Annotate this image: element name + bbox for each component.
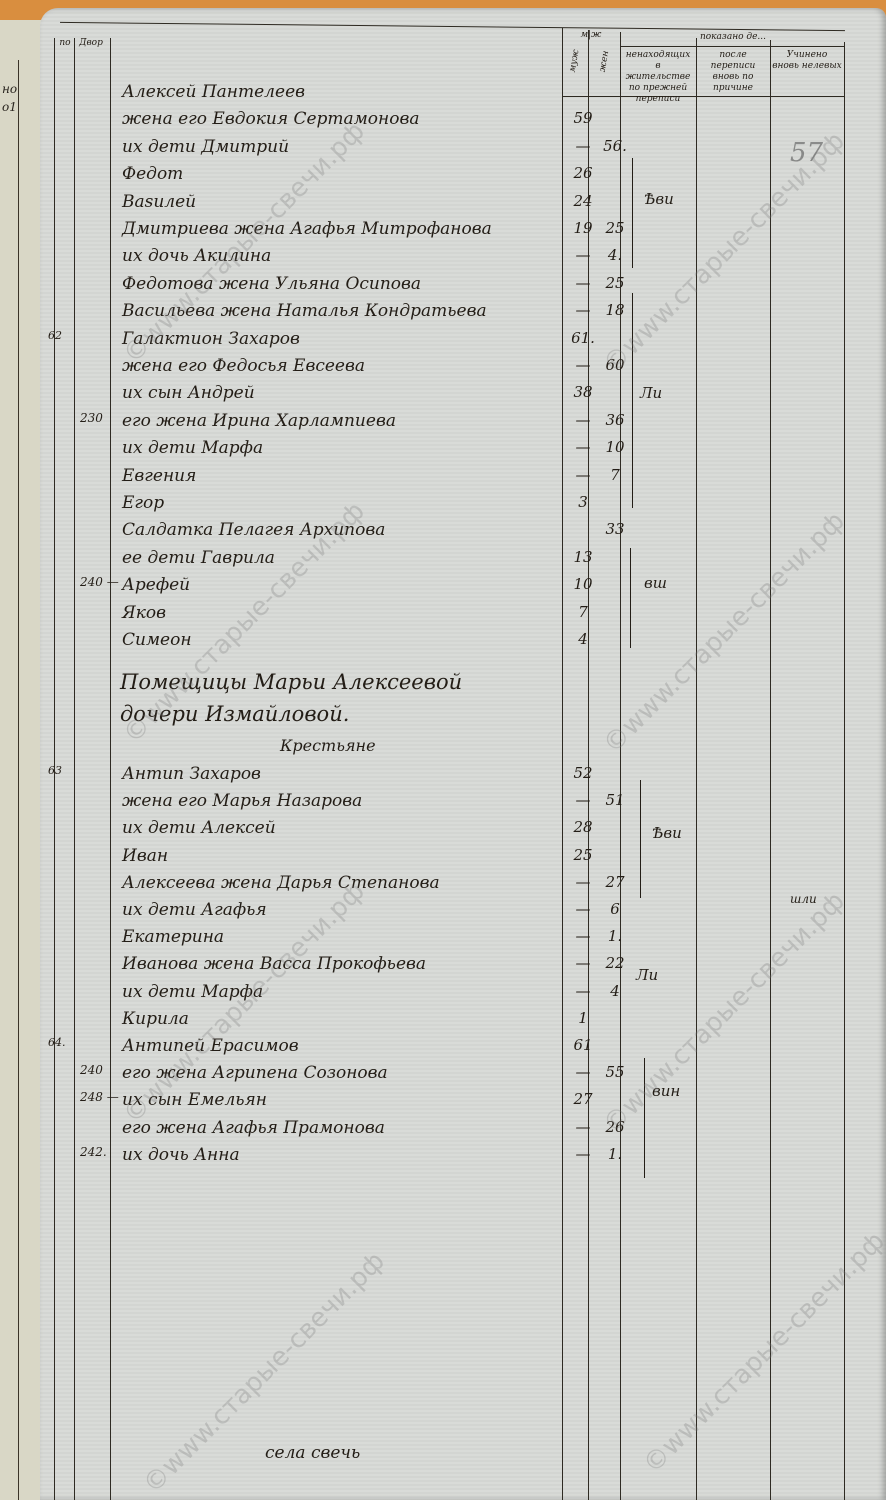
- ledger-row: их дочь Акилина—4.: [40, 246, 886, 270]
- female-age: 6: [602, 900, 628, 918]
- male-age: 52: [568, 764, 598, 782]
- male-age: —: [568, 356, 598, 374]
- margin-note-right: шли: [790, 892, 817, 906]
- male-age: —: [568, 791, 598, 809]
- row-ref-number-2: 230: [80, 411, 103, 425]
- male-age: —: [568, 1063, 598, 1081]
- male-age: 61: [568, 1036, 598, 1054]
- male-age: 59: [568, 109, 598, 127]
- ledger-row: их дети Алексей28: [40, 818, 886, 842]
- left-page-rule: [18, 60, 19, 1500]
- ledger-row: 62Галактион Захаров61.: [40, 329, 886, 353]
- header-mf: м|ж: [562, 30, 620, 41]
- header-no: по: [56, 38, 74, 49]
- ledger-row: Васильева жена Наталья Кондратьева—18: [40, 301, 886, 325]
- person-name: Алексеева жена Дарья Степанова: [122, 873, 440, 893]
- male-age: —: [568, 137, 598, 155]
- female-age: 36: [602, 411, 628, 429]
- row-ref-number-2: 240: [80, 1063, 103, 1077]
- ledger-row: их дети Дмитрий—56.: [40, 137, 886, 161]
- ledger-row: Федотова жена Ульяна Осипова—25: [40, 274, 886, 298]
- male-age: —: [568, 274, 598, 292]
- row-ref-number-2: 242.: [80, 1145, 107, 1159]
- ledger-row: их дети Марфа—4: [40, 982, 886, 1006]
- person-name: Арефей: [122, 575, 190, 595]
- female-age: 33: [602, 520, 628, 538]
- watermark: ©www.старые-свечи.рф: [637, 1226, 886, 1479]
- ledger-row: Алексеева жена Дарья Степанова—27: [40, 873, 886, 897]
- header-female: жен: [597, 48, 612, 76]
- section-title-line2: дочери Измайловой.: [120, 702, 349, 726]
- female-age: 26: [602, 1118, 628, 1136]
- person-name: их дочь Анна: [122, 1145, 240, 1165]
- person-name: Салдатка Пелагея Архипова: [122, 520, 385, 540]
- person-name: Федот: [122, 164, 183, 184]
- header-group-title: показано де...: [622, 32, 844, 43]
- male-age: —: [568, 982, 598, 1000]
- male-age: —: [568, 954, 598, 972]
- male-age: —: [568, 1145, 598, 1163]
- person-name: Алексей Пантелеев: [122, 82, 305, 102]
- bracket-3: [630, 548, 631, 648]
- ledger-row: их дети Агафья—6: [40, 900, 886, 924]
- row-ref-number-2: 248 —: [80, 1090, 119, 1104]
- female-age: 25: [602, 274, 628, 292]
- male-age: 26: [568, 164, 598, 182]
- bracket-label-4: Ѣви: [652, 824, 682, 842]
- row-ref-number: 62: [48, 329, 62, 342]
- person-name: жена его Евдокия Сертамонова: [122, 109, 419, 129]
- ledger-row: жена его Марья Назарова—51: [40, 791, 886, 815]
- female-age: 60: [602, 356, 628, 374]
- person-name: Галактион Захаров: [122, 329, 300, 349]
- person-name: его жена Агафья Прамонова: [122, 1118, 385, 1138]
- person-name: Антип Захаров: [122, 764, 261, 784]
- male-age: 13: [568, 548, 598, 566]
- male-age: —: [568, 246, 598, 264]
- person-name: Антипей Ерасимов: [122, 1036, 299, 1056]
- ledger-row: Екатерина—1.: [40, 927, 886, 951]
- male-age: 1: [568, 1009, 598, 1027]
- female-age: 1.: [602, 1145, 628, 1163]
- ledger-row: 248 —их сын Емельян27: [40, 1090, 886, 1114]
- person-name: их дети Марфа: [122, 982, 263, 1002]
- male-age: —: [568, 1118, 598, 1136]
- person-name: их сын Андрей: [122, 383, 255, 403]
- footer-text: села свечь: [265, 1443, 360, 1463]
- section-title-line1: Помещицы Марьи Алексеевой: [120, 670, 462, 694]
- male-age: 7: [568, 603, 598, 621]
- bracket-label-2: Ли: [640, 384, 662, 402]
- ledger-row: жена его Евдокия Сертамонова59: [40, 109, 886, 133]
- male-age: 38: [568, 383, 598, 401]
- male-age: 28: [568, 818, 598, 836]
- bracket-label-5: Ли: [636, 966, 658, 984]
- person-name: Егор: [122, 493, 164, 513]
- person-name: жена его Марья Назарова: [122, 791, 362, 811]
- person-name: его жена Агрипена Созонова: [122, 1063, 388, 1083]
- section-subtitle: Крестьяне: [280, 736, 376, 755]
- male-age: 27: [568, 1090, 598, 1108]
- ledger-row: 242.их дочь Анна—1.: [40, 1145, 886, 1169]
- person-name: их дети Марфа: [122, 438, 263, 458]
- person-name: их дети Алексей: [122, 818, 276, 838]
- male-age: 4: [568, 630, 598, 648]
- person-name: их дети Агафья: [122, 900, 267, 920]
- male-age: —: [568, 927, 598, 945]
- male-age: 61.: [568, 329, 598, 347]
- bracket-label-6: вин: [652, 1082, 680, 1100]
- header-col-c: Учинено вновь нелевых: [772, 50, 842, 72]
- ledger-row: Ваsилей24: [40, 192, 886, 216]
- header-male: муж: [568, 50, 583, 74]
- ledger-row: Яков7: [40, 603, 886, 627]
- rule-header-group: [620, 46, 844, 47]
- male-age: —: [568, 301, 598, 319]
- ledger-row: Федот26: [40, 164, 886, 188]
- male-age: —: [568, 438, 598, 456]
- person-name: Симеон: [122, 630, 192, 650]
- female-age: 51: [602, 791, 628, 809]
- male-age: 3: [568, 493, 598, 511]
- ledger-row: Егор3: [40, 493, 886, 517]
- ledger-row: 64.Антипей Ерасимов61: [40, 1036, 886, 1060]
- ledger-row: 240его жена Агрипена Созонова—55: [40, 1063, 886, 1087]
- header-dvor: Двор: [76, 38, 106, 49]
- ledger-row: его жена Агафья Прамонова—26: [40, 1118, 886, 1142]
- ledger-row: Алексей Пантелеев: [40, 82, 886, 106]
- ledger-row: Евгения—7: [40, 466, 886, 490]
- ledger-row: их сын Андрей38: [40, 383, 886, 407]
- person-name: Иванова жена Васса Прокофьева: [122, 954, 426, 974]
- person-name: Евгения: [122, 466, 196, 486]
- rule-top: [60, 22, 845, 31]
- male-age: 19: [568, 219, 598, 237]
- female-age: 22: [602, 954, 628, 972]
- bracket-6: [644, 1058, 645, 1178]
- female-age: 55: [602, 1063, 628, 1081]
- ledger-row: Иван25: [40, 846, 886, 870]
- bracket-label-3: вш: [644, 574, 667, 592]
- bracket-1: [632, 158, 633, 268]
- ledger-row: Кирила1: [40, 1009, 886, 1033]
- person-name: Дмитриева жена Агафья Митрофанова: [122, 219, 492, 239]
- row-ref-number-2: 240 —: [80, 575, 119, 589]
- female-age: 10: [602, 438, 628, 456]
- ledger-row: их дети Марфа—10: [40, 438, 886, 462]
- person-name: Федотова жена Ульяна Осипова: [122, 274, 421, 294]
- person-name: Васильева жена Наталья Кондратьева: [122, 301, 487, 321]
- person-name: Екатерина: [122, 927, 224, 947]
- ledger-row: 63Антип Захаров52: [40, 764, 886, 788]
- person-name: их дети Дмитрий: [122, 137, 289, 157]
- female-age: 4.: [602, 246, 628, 264]
- ledger-row: ее дети Гаврила13: [40, 548, 886, 572]
- male-age: —: [568, 873, 598, 891]
- male-age: —: [568, 900, 598, 918]
- male-age: 10: [568, 575, 598, 593]
- person-name: Иван: [122, 846, 168, 866]
- ledger-row: Симеон4: [40, 630, 886, 654]
- bracket-label-1: Ѣви: [644, 190, 674, 208]
- female-age: 25: [602, 219, 628, 237]
- person-name: их дочь Акилина: [122, 246, 271, 266]
- row-ref-number: 64.: [48, 1036, 66, 1049]
- row-ref-number: 63: [48, 764, 62, 777]
- person-name: Кирила: [122, 1009, 189, 1029]
- male-age: —: [568, 411, 598, 429]
- ledger-row: жена его Федосья Евсеева—60: [40, 356, 886, 380]
- male-age: 24: [568, 192, 598, 210]
- ledger-row: Салдатка Пелагея Архипова33: [40, 520, 886, 544]
- male-age: —: [568, 466, 598, 484]
- bracket-4: [640, 780, 641, 898]
- female-age: 27: [602, 873, 628, 891]
- ledger-row: Дмитриева жена Агафья Митрофанова1925: [40, 219, 886, 243]
- female-age: 4: [602, 982, 628, 1000]
- left-page-text: но о1: [2, 80, 17, 116]
- person-name: Яков: [122, 603, 166, 623]
- person-name: их сын Емельян: [122, 1090, 267, 1110]
- bracket-2: [632, 293, 633, 508]
- ledger-row: Иванова жена Васса Прокофьева—22: [40, 954, 886, 978]
- female-age: 56.: [602, 137, 628, 155]
- person-name: ее дети Гаврила: [122, 548, 275, 568]
- ledger-page: по Двор м|ж муж жен показано де... ненах…: [40, 8, 886, 1500]
- ledger-row: 230его жена Ирина Харлампиева—36: [40, 411, 886, 435]
- person-name: жена его Федосья Евсеева: [122, 356, 365, 376]
- male-age: 25: [568, 846, 598, 864]
- female-age: 1.: [602, 927, 628, 945]
- female-age: 7: [602, 466, 628, 484]
- female-age: 18: [602, 301, 628, 319]
- person-name: его жена Ирина Харлампиева: [122, 411, 396, 431]
- person-name: Ваsилей: [122, 192, 196, 212]
- ledger-row: 240 —Арефей10: [40, 575, 886, 599]
